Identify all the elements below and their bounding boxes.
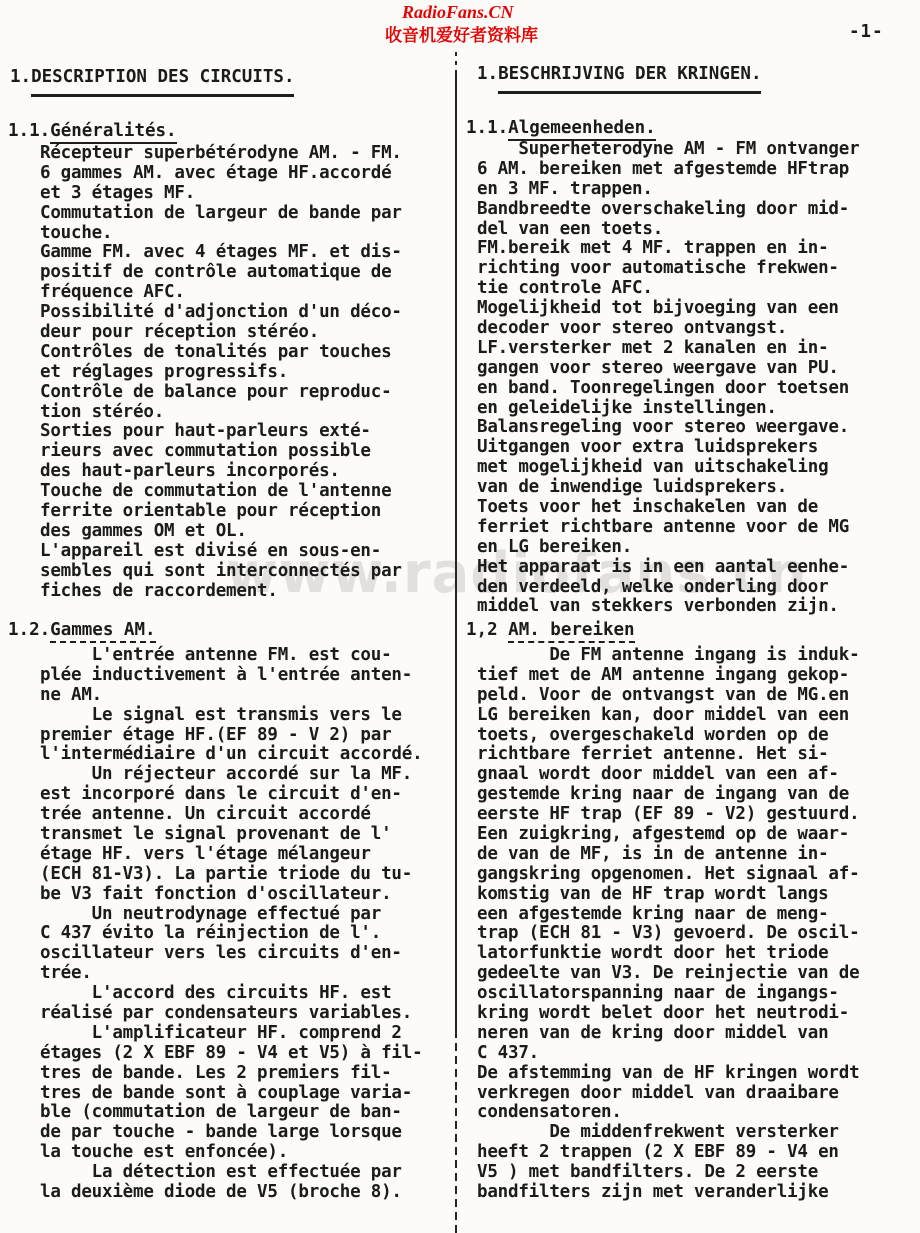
text-line: Uitgangen voor extra luidsprekers [477,438,859,458]
text-line: neren van de kring door middel van [477,1024,859,1044]
text-line: kring wordt belet door het neutrodi- [477,1004,859,1024]
text-line: des gammes OM et OL. [40,522,402,542]
text-line: Commutation de largeur de bande par [40,204,402,224]
text-line: premier étage HF.(EF 89 - V 2) par [40,726,422,746]
text-line: tie controle AFC. [477,279,859,299]
right-section-1-prefix: 1.1. [466,118,508,138]
radiofans-brand-chinese-text: 收音机爱好者资料库 [385,21,538,46]
text-line: LG bereiken kan, door middel van een [477,706,859,726]
text-line: verkregen door middel van draaibare [477,1084,859,1104]
column-divider-bottom-segment [455,1030,457,1233]
text-line: Gamme FM. avec 4 étages MF. et dis- [40,243,402,263]
text-line: et 3 étages MF. [40,184,402,204]
text-line: Possibilité d'adjonction d'un déco- [40,303,402,323]
text-line: 6 AM. bereiken met afgestemde HFtrap [477,160,859,180]
text-line: gangen voor stereo weergave van PU. [477,359,859,379]
left-section-1-heading: 1.1.Généralités. [8,121,177,141]
text-line: gedeelte van V3. De reinjectie van de [477,964,859,984]
text-line: C 437 évito la réinjection de l'. [40,924,422,944]
text-line: en 3 MF. trappen. [477,180,859,200]
text-line: Un neutrodynage effectué par [40,905,422,925]
text-line: ne AM. [40,686,422,706]
text-line: eerste HF trap (EF 89 - V2) gestuurd. [477,805,859,825]
text-line: la deuxième diode de V5 (broche 8). [40,1183,422,1203]
text-line: trap (ECH 81 - V3) gevoerd. De oscil- [477,924,859,944]
text-line: bandfilters zijn met veranderlijke [477,1183,859,1203]
text-line: oscillatorspanning naar de ingangs- [477,984,859,1004]
text-line: L'amplificateur HF. comprend 2 [40,1024,422,1044]
right-column-title: 1.BESCHRIJVING DER KRINGEN. [477,64,761,84]
text-line: latorfunktie wordt door het triode [477,944,859,964]
left-section-1-prefix: 1.1. [8,121,50,141]
left-section-2-body: L'entrée antenne FM. est cou-plée induct… [40,646,422,1203]
text-line: (ECH 81-V3). La partie triode du tu- [40,865,422,885]
text-line: fiches de raccordement. [40,582,402,602]
left-column-title: 1.DESCRIPTION DES CIRCUITS. [10,67,294,87]
text-line: gnaal wordt door middel van een af- [477,765,859,785]
text-line: 6 gammes AM. avec étage HF.accordé [40,164,402,184]
page-number: -1- [849,22,884,42]
text-line: Le signal est transmis vers le [40,706,422,726]
text-line: ble (commutation de largeur de ban- [40,1103,422,1123]
text-line: étage HF. vers l'étage mélangeur [40,845,422,865]
right-section-2-prefix: 1,2 [466,620,508,640]
left-section-2-prefix: 1.2. [8,620,50,640]
text-line: peld. Voor de ontvangst van de MG.en [477,686,859,706]
text-line: deur pour réception stéréo. [40,323,402,343]
text-line: tres de bande sont à couplage varia- [40,1084,422,1104]
text-line: decoder voor stereo ontvangst. [477,319,859,339]
text-line: be V3 fait fonction d'oscillateur. [40,885,422,905]
text-line: ferrite orientable pour réception [40,502,402,522]
text-line: tief met de AM antenne ingang gekop- [477,666,859,686]
text-line: tion stéréo. [40,403,402,423]
text-line: oscillateur vers les circuits d'en- [40,944,422,964]
right-section-2-heading-text: AM. bereiken [508,620,634,643]
right-section-1-body: Superheterodyne AM - FM ontvanger6 AM. b… [477,140,859,617]
left-section-1-body: Récepteur superbétérodyne AM. - FM.6 gam… [40,144,402,601]
text-line: Toets voor het inschakelen van de [477,498,859,518]
text-line: heeft 2 trappen (2 X EBF 89 - V4 en [477,1143,859,1163]
text-line: est incorporé dans le circuit d'en- [40,785,422,805]
text-line: komstig van de HF trap wordt langs [477,885,859,905]
text-line: toets, overgeschakeld worden op de [477,726,859,746]
text-line: gestemde kring naar de ingang van de [477,785,859,805]
text-line: del van een toets. [477,220,859,240]
right-section-1-heading: 1.1.Algemeenheden. [466,118,656,138]
left-title-prefix: 1. [10,67,31,87]
text-line: van de inwendige luidsprekers. [477,478,859,498]
text-line: De FM antenne ingang is induk- [477,646,859,666]
text-line: Contrôles de tonalités par touches [40,343,402,363]
text-line: De afstemming van de HF kringen wordt [477,1064,859,1084]
text-line: LF.versterker met 2 kanalen en in- [477,339,859,359]
text-line: een afgestemde kring naar de meng- [477,905,859,925]
text-line: positif de contrôle automatique de [40,263,402,283]
text-line: en geleidelijke instellingen. [477,399,859,419]
text-line: L'entrée antenne FM. est cou- [40,646,422,666]
text-line: V5 ) met bandfilters. De 2 eerste [477,1163,859,1183]
text-line: FM.bereik met 4 MF. trappen en in- [477,239,859,259]
text-line: touche. [40,224,402,244]
text-line: Touche de commutation de l'antenne [40,482,402,502]
right-section-2-heading: 1,2 AM. bereiken [466,620,635,640]
text-line: Bandbreedte overschakeling door mid- [477,200,859,220]
text-line: trée antenne. Un circuit accordé [40,805,422,825]
text-line: condensatoren. [477,1103,859,1123]
text-line: den verdeeld, welke onderling door [477,578,859,598]
text-line: tres de bande. Les 2 premiers fil- [40,1064,422,1084]
text-line: étages (2 X EBF 89 - V4 et V5) à fil- [40,1044,422,1064]
text-line: Het apparaat is in een aantal eenhe- [477,558,859,578]
left-title-text: DESCRIPTION DES CIRCUITS. [31,67,294,97]
text-line: en band. Toonregelingen door toetsen [477,379,859,399]
text-line: C 437. [477,1044,859,1064]
text-line: richting voor automatische frekwen- [477,259,859,279]
left-section-2-heading: 1.2.Gammes AM. [8,620,156,640]
text-line: De middenfrekwent versterker [477,1123,859,1143]
left-section-1-heading-text: Généralités. [50,121,176,144]
text-line: rieurs avec commutation possible [40,442,402,462]
text-line: L'accord des circuits HF. est [40,984,422,1004]
text-line: sembles qui sont interconnectés par [40,562,402,582]
text-line: transmet le signal provenant de l' [40,825,422,845]
text-line: Balansregeling voor stereo weergave. [477,418,859,438]
text-line: Sorties pour haut-parleurs exté- [40,422,402,442]
text-line: de van de MF, is in de antenne in- [477,845,859,865]
text-line: Un réjecteur accordé sur la MF. [40,765,422,785]
text-line: La détection est effectuée par [40,1163,422,1183]
text-line: Contrôle de balance pour reproduc- [40,383,402,403]
text-line: et réglages progressifs. [40,363,402,383]
text-line: met mogelijkheid van uitschakeling [477,458,859,478]
text-line: gangskring opgenomen. Het signaal af- [477,865,859,885]
text-line: L'appareil est divisé en sous-en- [40,542,402,562]
scanned-manual-page: RadioFans.CN 收音机爱好者资料库 -1- www.radiofans… [0,0,920,1233]
text-line: la touche est enfoncée). [40,1143,422,1163]
text-line: l'intermédiaire d'un circuit accordé. [40,745,422,765]
radiofans-brand-text: RadioFans.CN [402,2,514,23]
right-title-text: BESCHRIJVING DER KRINGEN. [498,64,761,94]
text-line: richtbare ferriet antenne. Het si- [477,745,859,765]
text-line: Mogelijkheid tot bijvoeging van een [477,299,859,319]
text-line: plée inductivement à l'entrée anten- [40,666,422,686]
text-line: ferriet richtbare antenne voor de MG [477,518,859,538]
column-divider-top-segment [455,52,457,74]
text-line: middel van stekkers verbonden zijn. [477,597,859,617]
text-line: de par touche - bande large lorsque [40,1123,422,1143]
text-line: réalisé par condensateurs variables. [40,1004,422,1024]
text-line: trée. [40,964,422,984]
right-section-2-body: De FM antenne ingang is induk-tief met d… [477,646,859,1203]
text-line: des haut-parleurs incorporés. [40,462,402,482]
text-line: Een zuigkring, afgestemd op de waar- [477,825,859,845]
column-divider [455,74,457,1030]
left-section-2-heading-text: Gammes AM. [50,620,155,643]
text-line: en LG bereiken. [477,538,859,558]
text-line: fréquence AFC. [40,283,402,303]
text-line: Superheterodyne AM - FM ontvanger [477,140,859,160]
text-line: Récepteur superbétérodyne AM. - FM. [40,144,402,164]
right-section-1-heading-text: Algemeenheden. [508,118,656,141]
right-title-prefix: 1. [477,64,498,84]
